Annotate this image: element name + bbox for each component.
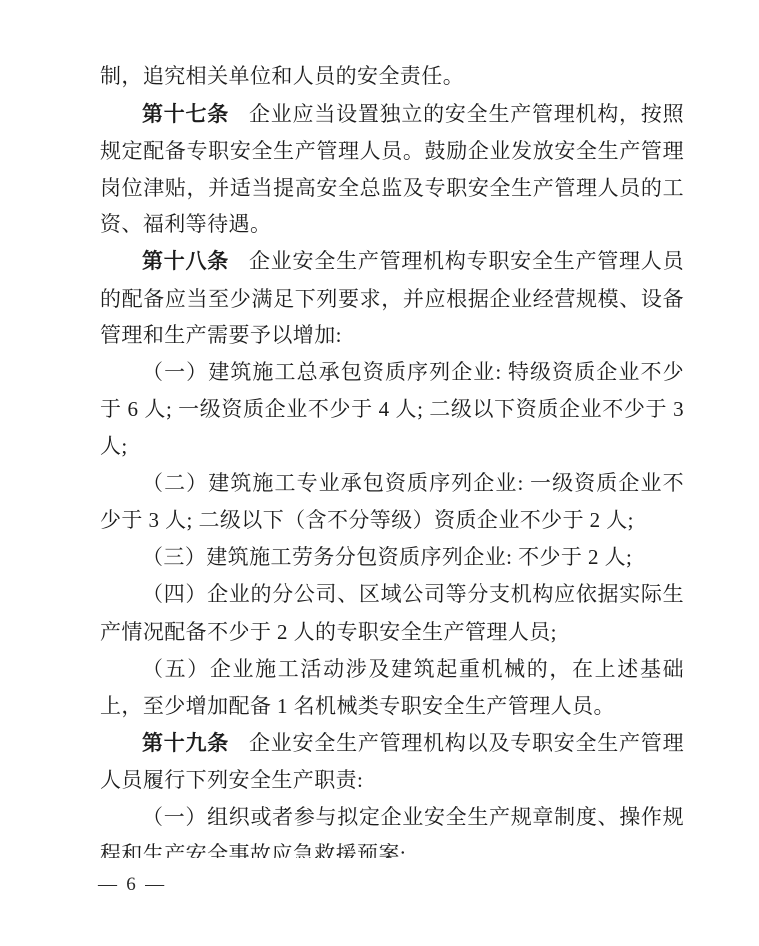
paragraph-text: 制，追究相关单位和人员的安全责任。 bbox=[100, 64, 464, 88]
paragraph-item-2: （二）建筑施工专业承包资质序列企业: 一级资质企业不少于 3 人; 二级以下（含… bbox=[100, 465, 684, 539]
article-18-lead: 第十八条 bbox=[142, 250, 229, 273]
paragraph-text: （一）组织或者参与拟定企业安全生产规章制度、操作规程和生产安全事故应急救援预案; bbox=[100, 805, 684, 858]
paragraph-item-4: （四）企业的分公司、区域公司等分支机构应依据实际生产情况配备不少于 2 人的专职… bbox=[100, 576, 684, 650]
paragraph-article-17: 第十七条企业应当设置独立的安全生产管理机构，按照规定配备专职安全生产管理人员。鼓… bbox=[100, 96, 684, 243]
paragraph-item-5: （五）企业施工活动涉及建筑起重机械的，在上述基础上，至少增加配备 1 名机械类专… bbox=[100, 651, 684, 725]
paragraph-item-3: （三）建筑施工劳务分包资质序列企业: 不少于 2 人; bbox=[100, 539, 684, 577]
paragraph-text: （四）企业的分公司、区域公司等分支机构应依据实际生产情况配备不少于 2 人的专职… bbox=[100, 582, 684, 644]
paragraph-continuation: 制，追究相关单位和人员的安全责任。 bbox=[100, 58, 684, 96]
paragraph-article-18: 第十八条企业安全生产管理机构专职安全生产管理人员的配备应当至少满足下列要求，并应… bbox=[100, 243, 684, 354]
paragraph-item-1: （一）建筑施工总承包资质序列企业: 特级资质企业不少于 6 人; 一级资质企业不… bbox=[100, 354, 684, 465]
article-17-lead: 第十七条 bbox=[142, 103, 229, 126]
paragraph-text: （二）建筑施工专业承包资质序列企业: 一级资质企业不少于 3 人; 二级以下（含… bbox=[100, 471, 684, 533]
paragraph-text: （一）建筑施工总承包资质序列企业: 特级资质企业不少于 6 人; 一级资质企业不… bbox=[100, 360, 684, 458]
article-19-lead: 第十九条 bbox=[142, 732, 229, 755]
page-number: — 6 — bbox=[98, 874, 166, 896]
paragraph-duty-1: （一）组织或者参与拟定企业安全生产规章制度、操作规程和生产安全事故应急救援预案; bbox=[100, 799, 684, 858]
paragraph-text: （五）企业施工活动涉及建筑起重机械的，在上述基础上，至少增加配备 1 名机械类专… bbox=[100, 657, 684, 719]
document-body: 制，追究相关单位和人员的安全责任。 第十七条企业应当设置独立的安全生产管理机构，… bbox=[100, 58, 684, 858]
document-page: 制，追究相关单位和人员的安全责任。 第十七条企业应当设置独立的安全生产管理机构，… bbox=[0, 0, 759, 946]
paragraph-article-19: 第十九条企业安全生产管理机构以及专职安全生产管理人员履行下列安全生产职责: bbox=[100, 725, 684, 799]
paragraph-text: （三）建筑施工劳务分包资质序列企业: 不少于 2 人; bbox=[142, 545, 632, 569]
